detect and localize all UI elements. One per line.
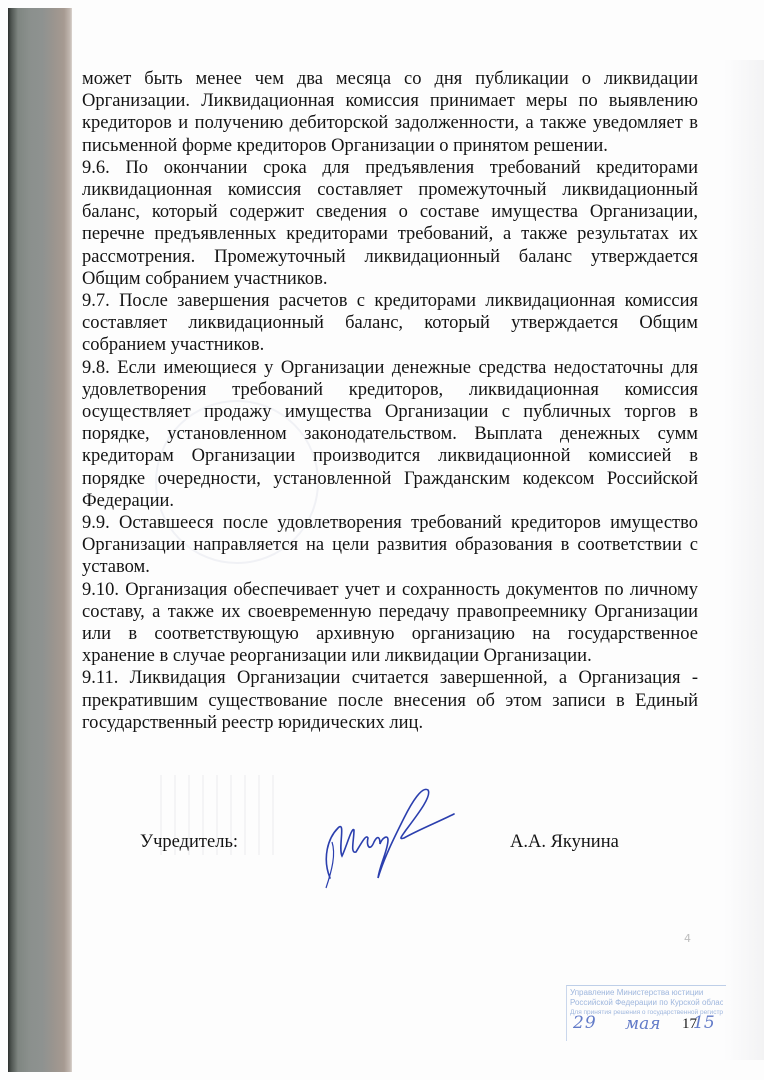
paragraph-9-6: 9.6. По окончании срока для предъявления…	[82, 157, 698, 290]
page-number: 17	[682, 1016, 697, 1033]
signer-role-label: Учредитель:	[140, 832, 238, 853]
stamp-line-2: Российской Федерации по Курской области	[570, 998, 723, 1008]
paragraph-9-7: 9.7. После завершения расчетов с кредито…	[82, 290, 698, 357]
scanned-document-page: может быть менее чем два месяца со дня п…	[0, 0, 764, 1080]
registration-stamp: Управление Министерства юстиции Российск…	[566, 985, 726, 1041]
paragraph-9-10: 9.10. Организация обеспечивает учет и со…	[82, 579, 698, 668]
signature-block: Учредитель: А.А. Якунина	[140, 832, 700, 856]
stamp-line-1: Управление Министерства юстиции	[570, 988, 723, 998]
paragraph-9-11: 9.11. Ликвидация Организации считается з…	[82, 667, 698, 734]
paragraph-9-9: 9.9. Оставшееся после удовлетворения тре…	[82, 512, 698, 579]
signer-name: А.А. Якунина	[510, 832, 619, 853]
stamp-day: 29	[573, 1018, 597, 1028]
scan-edge-shadow	[8, 8, 72, 1072]
document-body: может быть менее чем два месяца со дня п…	[82, 68, 698, 734]
paragraph-continuation: может быть менее чем два месяца со дня п…	[82, 68, 698, 157]
scan-right-fade	[724, 60, 764, 1060]
paragraph-9-8: 9.8. Если имеющиеся у Организации денежн…	[82, 357, 698, 512]
stamp-month: мая	[625, 1019, 661, 1029]
corner-pencil-mark: 4	[684, 932, 691, 945]
